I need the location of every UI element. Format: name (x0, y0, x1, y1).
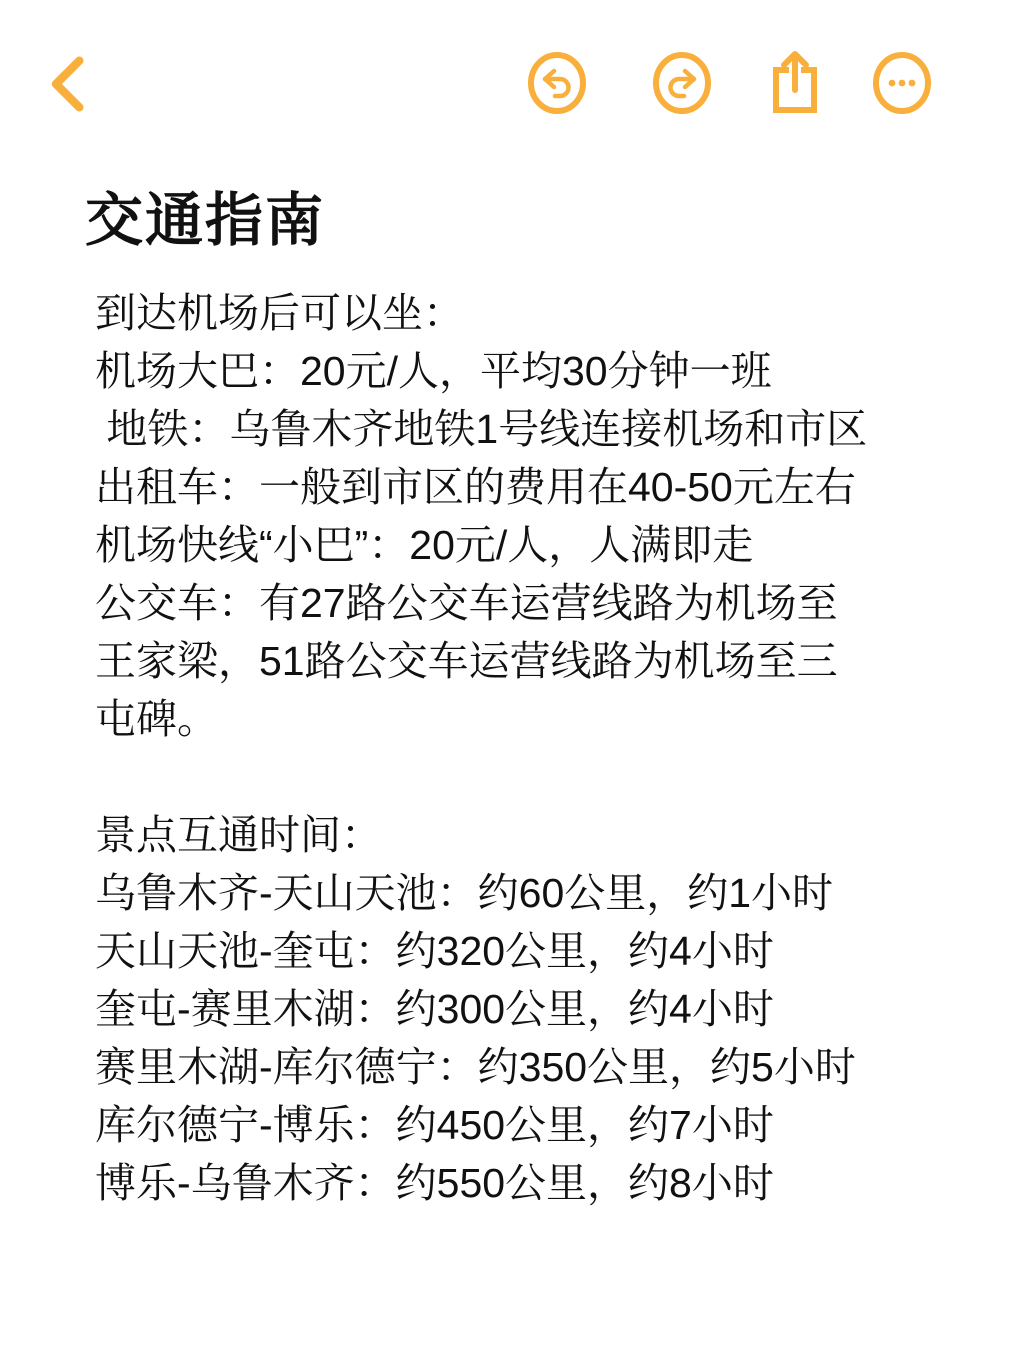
note-line: 屯碑。 (95, 690, 975, 748)
note-line: 机场大巴：20元/人，平均30分钟一班 (95, 342, 975, 400)
toolbar (0, 0, 1024, 140)
chevron-left-icon (46, 52, 86, 116)
note-line: 库尔德宁-博乐：约450公里，约7小时 (95, 1096, 975, 1154)
note-line: 景点互通时间： (95, 806, 975, 864)
undo-button[interactable] (526, 52, 588, 114)
undo-icon (526, 52, 588, 114)
note-line: 赛里木湖-库尔德宁：约350公里，约5小时 (95, 1038, 975, 1096)
note-line: 出租车：一般到市区的费用在40-50元左右 (95, 458, 975, 516)
more-button[interactable] (871, 52, 933, 114)
back-button[interactable] (40, 50, 92, 118)
note-line: 奎屯-赛里木湖：约300公里，约4小时 (95, 980, 975, 1038)
note-body[interactable]: 到达机场后可以坐：机场大巴：20元/人，平均30分钟一班 地铁：乌鲁木齐地铁1号… (95, 284, 975, 1212)
redo-icon (651, 52, 713, 114)
note-line: 到达机场后可以坐： (95, 284, 975, 342)
redo-button[interactable] (651, 52, 713, 114)
note-line: 公交车：有27路公交车运营线路为机场至 (95, 574, 975, 632)
note-line: 机场快线“小巴”：20元/人，人满即走 (95, 516, 975, 574)
note-title: 交通指南 (85, 186, 325, 256)
ellipsis-icon (871, 52, 933, 114)
note-line: 博乐-乌鲁木齐：约550公里，约8小时 (95, 1154, 975, 1212)
share-icon (766, 48, 824, 116)
note-line: 乌鲁木齐-天山天池：约60公里，约1小时 (95, 864, 975, 922)
note-line: 王家梁，51路公交车运营线路为机场至三 (95, 632, 975, 690)
note-line: 地铁：乌鲁木齐地铁1号线连接机场和市区 (95, 400, 975, 458)
share-button[interactable] (766, 48, 824, 116)
note-line: 天山天池-奎屯：约320公里，约4小时 (95, 922, 975, 980)
note-line (95, 748, 975, 806)
